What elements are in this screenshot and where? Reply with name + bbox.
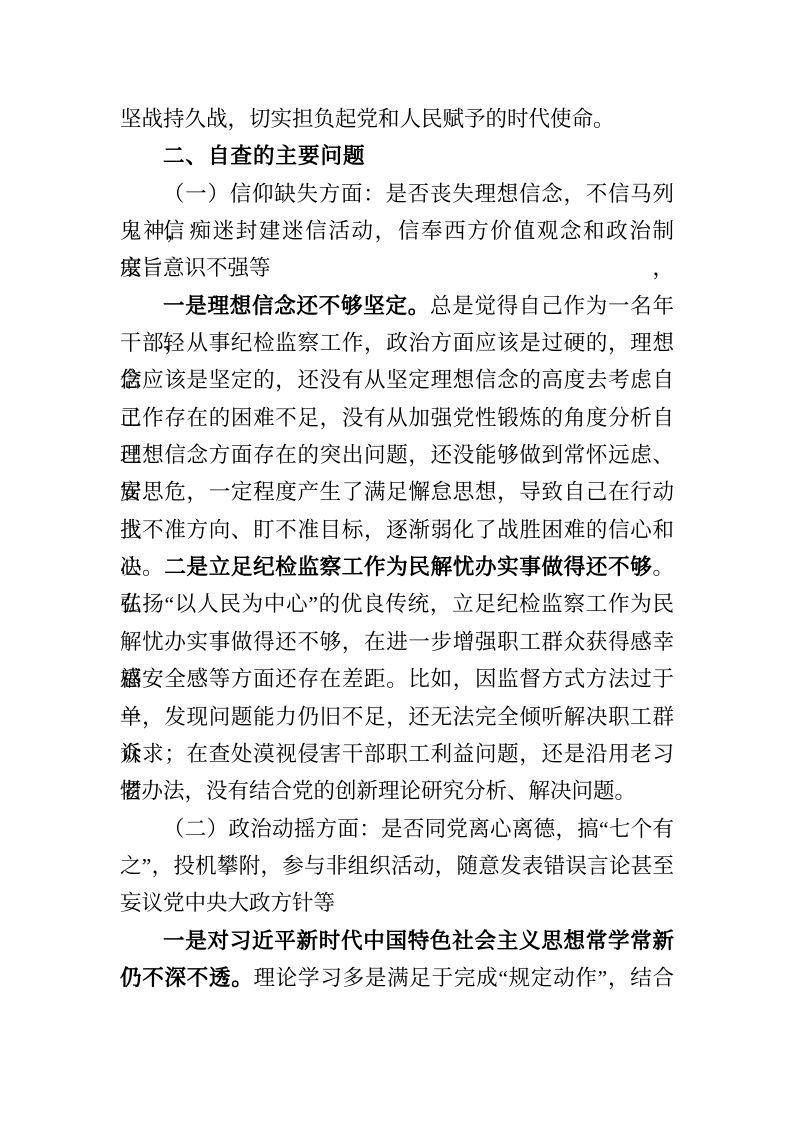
text-line: （二）政治动摇方面：是否同党离心离德，搞“七个有 [120, 811, 674, 848]
text-segment: 之”，投机攀附，参与非组织活动，随意发表错误言论甚至 [120, 854, 674, 878]
text-segment: 老办法，没有结合党的创新理论研究分析、解决问题。 [120, 779, 636, 803]
text-line: 坚战持久战，切实担负起党和人民赋予的时代使命。 [120, 101, 674, 138]
document-body: 坚战持久战，切实担负起党和人民赋予的时代使命。二、自查的主要问题（一）信仰缺失方… [120, 101, 674, 997]
text-line: 一，发现问题能力仍旧不足，还无法完全倾听解决职工群众 [120, 699, 674, 736]
text-segment: 仍不深不透。 [120, 966, 254, 990]
text-segment: 弘扬“以人民为中心”的优良传统，立足纪检监察工作为民 [120, 592, 674, 616]
text-segment: 二、自查的主要问题 [163, 144, 366, 168]
text-line: 弘扬“以人民为中心”的优良传统，立足纪检监察工作为民 [120, 586, 674, 623]
text-segment: 理论学习多是满足于完成“规定动作”，结合 [254, 966, 674, 990]
text-line: 解忧办实事做得还不够，在进一步增强职工群众获得感幸福 [120, 624, 674, 661]
text-segment: 一是对习近平新时代中国特色社会主义思想常学常新 [163, 929, 674, 953]
text-line: 心。二是立足纪检监察工作为民解忧办实事做得还不够。在 [120, 549, 674, 586]
text-segment: 妄议党中央大政方针等 [120, 891, 335, 915]
text-line: 妄议党中央大政方针等 [120, 885, 674, 922]
text-segment: 二是立足纪检监察工作为民解忧办实事做得还不够 [164, 555, 652, 579]
text-line: 鬼神，痴迷封建迷信活动，信奉西方价值观念和政治制度， [120, 213, 674, 250]
text-line: 诉求；在查处漠视侵害干部职工利益问题，还是沿用老习惯 [120, 736, 674, 773]
text-line: 之”，投机攀附，参与非组织活动，随意发表错误言论甚至 [120, 848, 674, 885]
text-segment: 宗旨意识不强等 [120, 256, 271, 280]
text-segment: 坚战持久战，切实担负起党和人民赋予的时代使命。 [120, 107, 615, 131]
text-line: 一是对习近平新时代中国特色社会主义思想常学常新 [120, 923, 674, 960]
text-line: 念应该是坚定的，还没有从坚定理想信念的高度去考虑自己 [120, 362, 674, 399]
text-line: 老办法，没有结合党的创新理论研究分析、解决问题。 [120, 773, 674, 810]
text-line: 一是理想信念还不够坚定。总是觉得自己作为一名年轻 [120, 288, 674, 325]
text-line: （一）信仰缺失方面：是否丧失理想信念，不信马列信 [120, 176, 674, 213]
text-line: 仍不深不透。理论学习多是满足于完成“规定动作”，结合 [120, 960, 674, 997]
text-line: 工作存在的困难不足，没有从加强党性锻炼的角度分析自己 [120, 400, 674, 437]
text-segment: 心。 [120, 555, 164, 579]
text-line: 安思危，一定程度产生了满足懈怠思想，导致自己在行动上 [120, 474, 674, 511]
text-line: 感安全感等方面还存在差距。比如，因监督方式方法过于单 [120, 661, 674, 698]
text-line: 理想信念方面存在的突出问题，还没能够做到常怀远虑、居 [120, 437, 674, 474]
document-page: 坚战持久战，切实担负起党和人民赋予的时代使命。二、自查的主要问题（一）信仰缺失方… [0, 0, 793, 1122]
text-segment: （二）政治动摇方面：是否同党离心离德，搞“七个有 [163, 817, 674, 841]
text-segment: 一是理想信念还不够坚定。 [163, 294, 430, 318]
text-line: 二、自查的主要问题 [120, 138, 674, 175]
text-line: 干部，从事纪检监察工作，政治方面应该是过硬的，理想信 [120, 325, 674, 362]
text-line: 找不准方向、盯不准目标，逐渐弱化了战胜困难的信心和决 [120, 512, 674, 549]
